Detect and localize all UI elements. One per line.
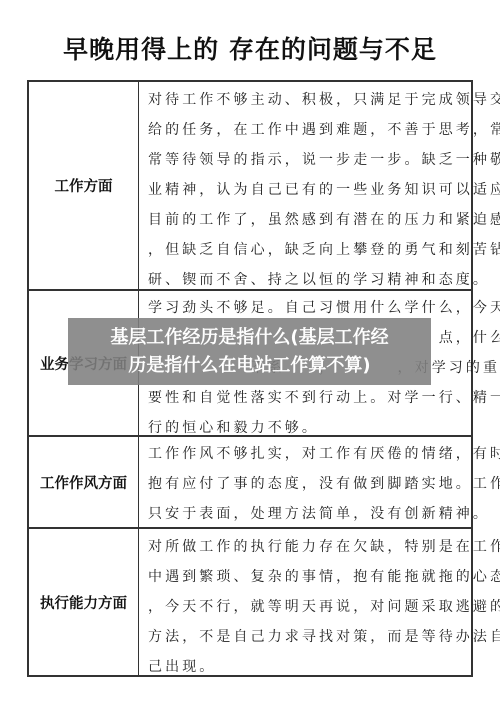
content-line: 目前的工作了，虽然感到有潜在的压力和紧迫感	[148, 205, 500, 235]
overlay-line-2: 历是指什么在电站工作算不算)	[128, 352, 370, 380]
page-title: 早晚用得上的 存在的问题与不足	[0, 30, 500, 66]
row-content: 对所做工作的执行能力存在欠缺，特别是在工作 中遇到繁琐、复杂的事情，抱有能拖就拖…	[139, 529, 500, 675]
content-line: 己出现。	[148, 652, 500, 682]
content-line: 抱有应付了事的态度，没有做到脚踏实地。工作	[148, 469, 500, 499]
title-overlay-banner: 基层工作经历是指什么(基层工作经 历是指什么在电站工作算不算)	[68, 318, 431, 385]
content-line: 常等待领导的指示，说一步走一步。缺乏一种敬	[148, 145, 500, 175]
content-line: ，今天不行，就等明天再说，对问题采取逃避的	[148, 592, 500, 622]
overlay-line-1: 基层工作经历是指什么(基层工作经	[110, 324, 388, 352]
table-row-execution: 执行能力方面 对所做工作的执行能力存在欠缺，特别是在工作 中遇到繁琐、复杂的事情…	[29, 527, 471, 675]
row-label: 工作方面	[29, 82, 139, 289]
content-line: ，但缺乏自信心，缺乏向上攀登的勇气和刻苦钻	[148, 235, 500, 265]
row-content: 工作作风不够扎实，对工作有厌倦的情绪，有时 抱有应付了事的态度，没有做到脚踏实地…	[139, 437, 500, 527]
content-line: 工作作风不够扎实，对工作有厌倦的情绪，有时	[148, 439, 500, 469]
row-label: 工作作风方面	[29, 437, 139, 527]
content-line: 对所做工作的执行能力存在欠缺，特别是在工作	[148, 532, 500, 562]
content-line: 给的任务，在工作中遇到难题，不善于思考，常	[148, 115, 500, 145]
content-line: 对待工作不够主动、积极，只满足于完成领导交	[148, 85, 500, 115]
row-content: 对待工作不够主动、积极，只满足于完成领导交 给的任务，在工作中遇到难题，不善于思…	[139, 82, 500, 289]
table-row-work: 工作方面 对待工作不够主动、积极，只满足于完成领导交 给的任务，在工作中遇到难题…	[29, 82, 471, 289]
row-label: 执行能力方面	[29, 529, 139, 675]
content-line: 方法，不是自己力求寻找对策，而是等待办法自	[148, 622, 500, 652]
content-line: 只安于表面，处理方法简单，没有创新精神。	[148, 499, 500, 529]
content-line: 要性和自觉性落实不到行动上。对学一行、精一	[148, 383, 500, 413]
table-row-style: 工作作风方面 工作作风不够扎实，对工作有厌倦的情绪，有时 抱有应付了事的态度，没…	[29, 435, 471, 527]
content-line: 业精神，认为自己已有的一些业务知识可以适应	[148, 175, 500, 205]
content-line: 中遇到繁琐、复杂的事情，抱有能拖就拖的心态	[148, 562, 500, 592]
